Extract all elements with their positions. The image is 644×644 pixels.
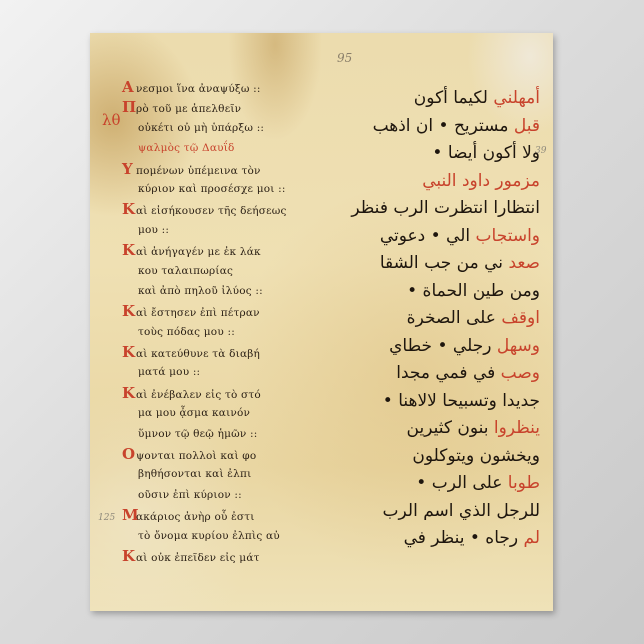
rubricated-initial: Κ [122,342,136,362]
arabic-line-text: جديدا وتسبيحا لالاهنا • [383,391,540,411]
arabic-line: وصب في فمي مجدا [340,360,540,388]
rubricated-initial: Κ [122,383,136,403]
rubricated-initial: Κ [122,301,136,321]
arabic-rubric: صعد [508,253,540,273]
arabic-line: ويخشون ويتوكلون [340,443,540,471]
arabic-rubric: وسهل [497,336,540,356]
rubricated-initial: Α [122,77,136,97]
arabic-line: طوبا على الرب • [340,470,540,498]
greek-line: Καὶ οὐκ ἐπεῖδεν εἰς μάτ [122,546,322,566]
greek-line: βηθήσονται καὶ ἐλπι [122,464,322,484]
greek-line: Καὶ ἀνήγαγέν με ἐκ λάκ [122,240,322,260]
greek-line-text: τοὺς πόδας μου :: [138,326,235,338]
arabic-line-text: على الصخرة [407,308,496,328]
greek-line-text: καὶ ἀπὸ πηλοῦ ἰλύος :: [138,285,263,297]
greek-line: Πρὸ τοῦ με ἀπελθεῖν [122,97,322,117]
greek-line-text: πομένων ὑπέμεινα τὸν [136,165,261,177]
greek-line-text: αὶ ἀνήγαγέν με ἐκ λάκ [136,246,261,258]
greek-line-text: ματά μου :: [138,366,200,378]
arabic-line-text: مستريح • ان اذهب [373,116,509,136]
arabic-rubric: ينظروا [494,418,540,438]
arabic-line-text: بنون كثيرين [407,418,489,438]
greek-line: Καὶ ἔστησεν ἐπὶ πέτραν [122,301,322,321]
greek-line-text: αὶ εἰσήκουσεν τῆς δεήσεως [136,205,287,217]
greek-line-text: μου :: [138,224,169,236]
greek-line: κου ταλαιπωρίας [122,261,322,281]
arabic-line-text: رجاه • ينظر في [404,528,519,548]
greek-line-text: κύριον καὶ προσέσχε μοι :: [138,183,286,195]
margin-note-red-numeral: λθ [102,111,121,129]
arabic-line-text: انتظارا انتظرت الرب فنظر [351,198,540,218]
greek-line-text: ψονται πολλοὶ καὶ φο [136,450,256,462]
greek-line: Μακάριος ἀνὴρ οὗ ἐστι [122,505,322,525]
arabic-line: واستجاب الي • دعوتي [340,223,540,251]
arabic-line-text: الي • دعوتي [380,226,470,246]
greek-line: τοὺς πόδας μου :: [122,322,322,342]
rubricated-initial: Υ [122,159,136,179]
arabic-rubric: مزمور داود النبي [422,171,540,191]
arabic-line: ولا أكون أيضا • [340,140,540,168]
greek-line: τὸ ὄνομα κυρίου ἐλπὶς αὐ [122,526,322,546]
arabic-rubric: لم [524,528,541,548]
greek-line: Οψονται πολλοὶ καὶ φο [122,444,322,464]
rubricated-initial: Κ [122,546,136,566]
rubricated-initial: Κ [122,240,136,260]
arabic-line: وسهل رجلي • خطاي [340,333,540,361]
greek-line: μου :: [122,220,322,240]
margin-note-left-bottom: 125 [98,513,115,523]
arabic-line-text: ومن طين الحماة • [407,281,540,301]
greek-line: Υπομένων ὑπέμεινα τὸν [122,159,322,179]
rubricated-initial: Π [122,97,136,117]
arabic-rubric: وصب [501,363,540,383]
arabic-line: جديدا وتسبيحا لالاهنا • [340,388,540,416]
greek-text-column: Ανεσμοι ἵνα ἀναψύξω ::Πρὸ τοῦ με ἀπελθεῖ… [122,77,322,566]
greek-line: οὐκέτι οὐ μὴ ὑπάρξω :: [122,118,322,138]
greek-line-text: αὶ κατεύθυνε τὰ διαβή [136,348,260,360]
greek-line: Ανεσμοι ἵνα ἀναψύξω :: [122,77,322,97]
greek-line: κύριον καὶ προσέσχε μοι :: [122,179,322,199]
greek-line-text: αὶ ἐνέβαλεν εἰς τὸ στό [136,389,261,401]
arabic-line: للرجل الذي اسم الرب [340,498,540,526]
arabic-line-text: رجلي • خطاي [389,336,491,356]
arabic-line-text: ولا أكون أيضا • [432,143,540,163]
arabic-line: ينظروا بنون كثيرين [340,415,540,443]
rubricated-initial: Κ [122,199,136,219]
greek-line-text: ρὸ τοῦ με ἀπελθεῖν [136,103,241,115]
arabic-rubric: قبل [514,116,540,136]
greek-line-text: ὕμνον τῷ θεῷ ἡμῶν :: [138,428,257,440]
greek-line: μα μου ᾆσμα καινόν [122,403,322,423]
greek-line-text: νεσμοι ἵνα ἀναψύξω :: [136,83,261,95]
arabic-line: لم رجاه • ينظر في [340,525,540,553]
greek-line: ματά μου :: [122,362,322,382]
arabic-rubric: طوبا [508,473,540,493]
greek-line-text: βηθήσονται καὶ ἐλπι [138,468,251,480]
arabic-line-text: لكيما أكون [414,88,488,108]
arabic-rubric: اوقف [501,308,540,328]
arabic-line: قبل مستريح • ان اذهب [340,113,540,141]
arabic-line-text: على الرب • [416,473,502,493]
greek-line: ψαλμὸς τῷ Δαυΐδ [122,138,322,158]
greek-line-text: τὸ ὄνομα κυρίου ἐλπὶς αὐ [138,530,280,542]
arabic-line: مزمور داود النبي [340,168,540,196]
manuscript-poster: 95 39 125 λθ Ανεσμοι ἵνα ἀναψύξω ::Πρὸ τ… [90,33,553,611]
arabic-line-text: ويخشون ويتوكلون [412,446,540,466]
rubricated-initial: Ο [122,444,136,464]
folio-number: 95 [337,51,352,65]
greek-line-text: οῦσιν ἐπὶ κύριον :: [138,489,242,501]
greek-line-text: μα μου ᾆσμα καινόν [138,407,250,419]
arabic-text-column: أمهلني لكيما أكونقبل مستريح • ان اذهبولا… [340,85,540,553]
greek-line: ὕμνον τῷ θεῷ ἡμῶν :: [122,424,322,444]
greek-line-text: αὶ ἔστησεν ἐπὶ πέτραν [136,307,260,319]
arabic-line: صعد ني من جب الشقا [340,250,540,278]
arabic-rubric: واستجاب [476,226,540,246]
arabic-line-text: للرجل الذي اسم الرب [383,501,540,521]
greek-line: Καὶ ἐνέβαλεν εἰς τὸ στό [122,383,322,403]
arabic-line-text: ني من جب الشقا [380,253,503,273]
arabic-line: اوقف على الصخرة [340,305,540,333]
rubricated-initial: Μ [122,505,136,525]
greek-line: Καὶ εἰσήκουσεν τῆς δεήσεως [122,199,322,219]
greek-line: οῦσιν ἐπὶ κύριον :: [122,485,322,505]
arabic-line: أمهلني لكيما أكون [340,85,540,113]
greek-line-text: ψαλμὸς τῷ Δαυΐδ [138,142,235,154]
greek-line-text: αὶ οὐκ ἐπεῖδεν εἰς μάτ [136,552,260,564]
greek-line-text: οὐκέτι οὐ μὴ ὑπάρξω :: [138,122,264,134]
arabic-rubric: أمهلني [493,88,540,108]
greek-line: καὶ ἀπὸ πηλοῦ ἰλύος :: [122,281,322,301]
arabic-line-text: في فمي مجدا [396,363,495,383]
greek-line-text: κου ταλαιπωρίας [138,265,233,277]
arabic-line: انتظارا انتظرت الرب فنظر [340,195,540,223]
arabic-line: ومن طين الحماة • [340,278,540,306]
greek-line: Καὶ κατεύθυνε τὰ διαβή [122,342,322,362]
greek-line-text: ακάριος ἀνὴρ οὗ ἐστι [136,511,255,523]
